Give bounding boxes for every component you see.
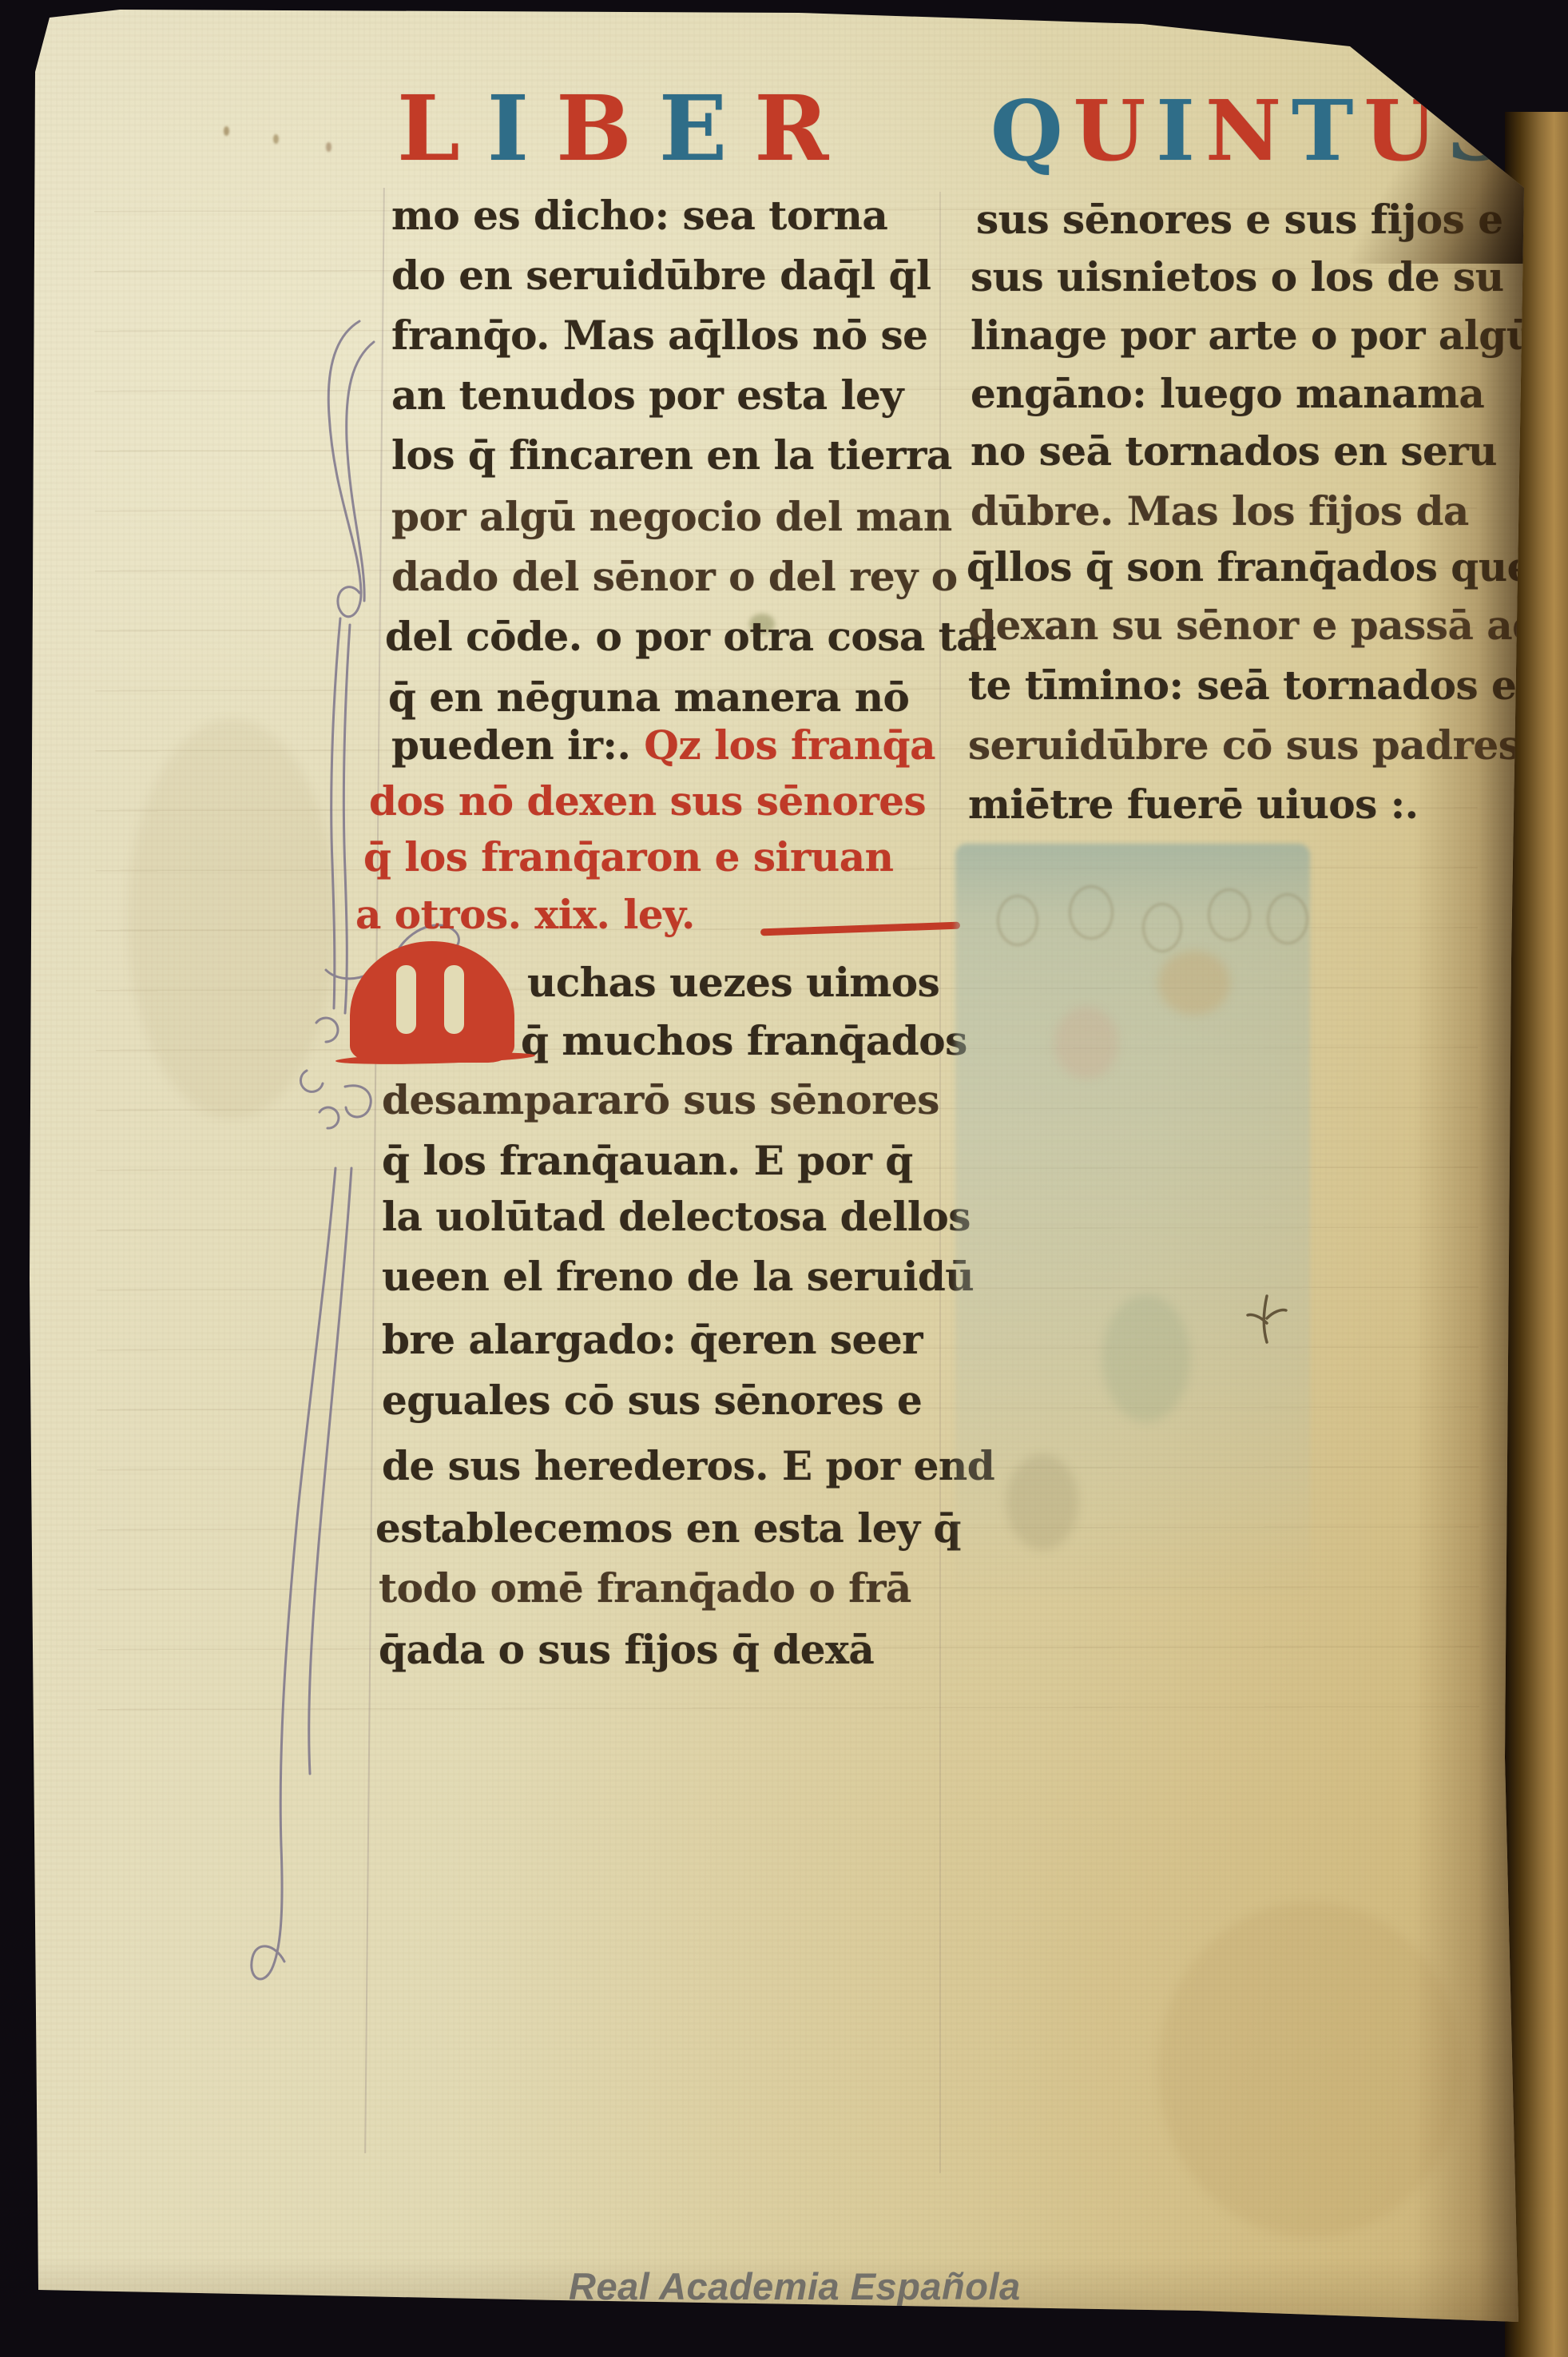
marginal-pen-mark (1243, 1291, 1291, 1347)
manuscript-photo: LIBER QUINTUS mo es dicho: sea torna do … (0, 0, 1568, 2357)
display-letter: R (754, 77, 855, 181)
text-line: la uolūtad delectosa dellos (382, 1197, 971, 1237)
display-letter: I (487, 77, 556, 181)
ghost-figure-head (997, 895, 1038, 946)
text-line: desampararō sus sēnores (382, 1080, 939, 1120)
initial-m (350, 941, 514, 1063)
bottom-edge-shadow (0, 2257, 1568, 2357)
text-line: mo es dicho: sea torna (391, 196, 887, 236)
text-line: do en seruidūbre daq̄l q̄l (391, 256, 931, 296)
text-line: engāno: luego manama (971, 374, 1484, 414)
text-segment: pueden ir:. (391, 721, 644, 769)
text-line: dado del sēnor o del rey o (391, 557, 958, 597)
display-letter: B (556, 77, 659, 181)
running-title-liber: LIBER (397, 77, 855, 181)
initial-m-slit (444, 965, 464, 1034)
display-letter: U (1074, 81, 1157, 180)
ghost-figure-head (1208, 888, 1251, 941)
miniature-pigment-trace (1054, 1007, 1118, 1079)
intercolumn-ruling (939, 192, 941, 2173)
text-line: q̄ los franq̄auan. E por q̄ (382, 1141, 913, 1181)
text-line: pueden ir:. Qz los franq̄a (391, 725, 935, 765)
text-line: q̄ada o sus fijos q̄ dexā (379, 1630, 874, 1670)
rubric-line: a otros. xix. ley. (355, 895, 695, 935)
text-line: miētre fuerē uiuos :. (968, 785, 1419, 825)
initial-m-slit (396, 965, 416, 1034)
text-line: todo omē franq̄ado o frā (379, 1568, 911, 1608)
text-line: de sus herederos. E por end (382, 1446, 994, 1486)
rubric-line: dos nō dexen sus sēnores (369, 781, 926, 821)
text-line: an tenudos por esta ley (391, 376, 903, 415)
rubric-segment: Qz los franq̄a (644, 721, 935, 769)
rubric-line: q̄ los franq̄aron e siruan (363, 837, 894, 877)
initial-m-body (350, 941, 514, 1063)
display-letter: E (659, 77, 754, 181)
text-line: dūbre. Mas los fijos da (971, 491, 1469, 531)
miniature-pigment-trace (1006, 1454, 1078, 1550)
text-line: los q̄ fincaren en la tierra (391, 435, 952, 475)
text-line: del cōde. o por otra cosa tal (385, 617, 997, 657)
display-letter: L (397, 77, 487, 181)
text-line: ueen el freno de la seruidū (382, 1257, 974, 1297)
text-line: bre alargado: q̄eren seer (382, 1320, 923, 1360)
text-line: eguales cō sus sēnores e (382, 1381, 922, 1421)
miniature-pigment-trace (1102, 1294, 1190, 1422)
parchment-page: LIBER QUINTUS mo es dicho: sea torna do … (0, 0, 1568, 2357)
text-line: q̄ en nēguna manera nō (388, 678, 909, 717)
text-line: q̄ muchos franq̄ados (521, 1021, 967, 1061)
ghost-figure-head (1267, 893, 1308, 944)
text-line: franq̄o. Mas aq̄llos nō se (391, 316, 927, 356)
text-line: por algū negocio del man (391, 497, 952, 537)
display-letter: I (1156, 81, 1205, 180)
text-line: uchas uezes uimos (527, 963, 939, 1003)
ghost-figure-head (1069, 885, 1113, 940)
folio-smudge-marks (224, 126, 229, 136)
miniature-pigment-trace (1158, 951, 1230, 1015)
text-line: establecemos en esta ley q̄ (375, 1508, 961, 1548)
ghost-figure-head (1142, 903, 1182, 952)
display-letter: Q (990, 81, 1074, 180)
